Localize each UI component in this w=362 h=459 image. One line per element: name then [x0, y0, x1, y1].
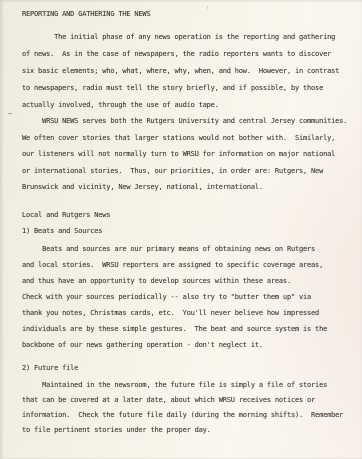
text-line: or international stories. Thus, our prio…	[22, 163, 347, 180]
text-line: to newspapers, radio must tell the story…	[22, 80, 339, 97]
paragraph-wrsu-news: WRSU NEWS serves both the Rutgers Univer…	[22, 113, 347, 196]
text-line: six basic elements; who, what, where, wh…	[22, 63, 339, 80]
scan-speck	[8, 113, 12, 114]
heading-local-and-rutgers-news: Local and Rutgers News	[22, 209, 110, 221]
scan-speck	[296, 387, 297, 389]
text-line: thank you notes, Christmas cards, etc. Y…	[22, 305, 327, 321]
text-line: and thus have an opportunity to develop …	[22, 273, 327, 289]
text-line: Check with your sources periodically -- …	[22, 289, 327, 305]
paragraph-intro: The initial phase of any news operation …	[22, 29, 339, 114]
text-line: to file pertinent stories under the prop…	[22, 423, 343, 438]
text-line: The initial phase of any news operation …	[22, 29, 339, 46]
text-line: and local stories. WRSU reporters are as…	[22, 257, 327, 273]
text-line: of news. As in the case of newspapers, t…	[22, 46, 339, 63]
heading-beats-and-sources: 1) Beats and Sources	[22, 225, 102, 237]
paragraph-future-file: Maintained in the newsroom, the future f…	[22, 378, 343, 438]
text-line: our listeners will not normally turn to …	[22, 146, 347, 163]
text-line: Beats and sources are our primary means …	[22, 241, 327, 257]
heading-future-file: 2) Future file	[22, 362, 78, 374]
text-line: Maintained in the newsroom, the future f…	[22, 378, 343, 393]
text-line: individuals are by these simple gestures…	[22, 321, 327, 337]
scanned-document-page: REPORTING AND GATHERING THE NEWS The ini…	[0, 0, 362, 459]
paragraph-beats-and-sources: Beats and sources are our primary means …	[22, 241, 327, 353]
text-line: backbone of our news gathering operation…	[22, 337, 327, 353]
document-title: REPORTING AND GATHERING THE NEWS	[22, 8, 150, 20]
text-line: WRSU NEWS serves both the Rutgers Univer…	[22, 113, 347, 130]
scan-speck	[207, 6, 208, 9]
text-line: information. Check the future file daily…	[22, 408, 343, 423]
text-line: that can be covered at a later date, abo…	[22, 393, 343, 408]
text-line: Brunswick and vicinity, New Jersey, nati…	[22, 179, 347, 196]
text-line: actually involved, through the use of au…	[22, 97, 339, 114]
text-line: We often cover stories that larger stati…	[22, 130, 347, 147]
